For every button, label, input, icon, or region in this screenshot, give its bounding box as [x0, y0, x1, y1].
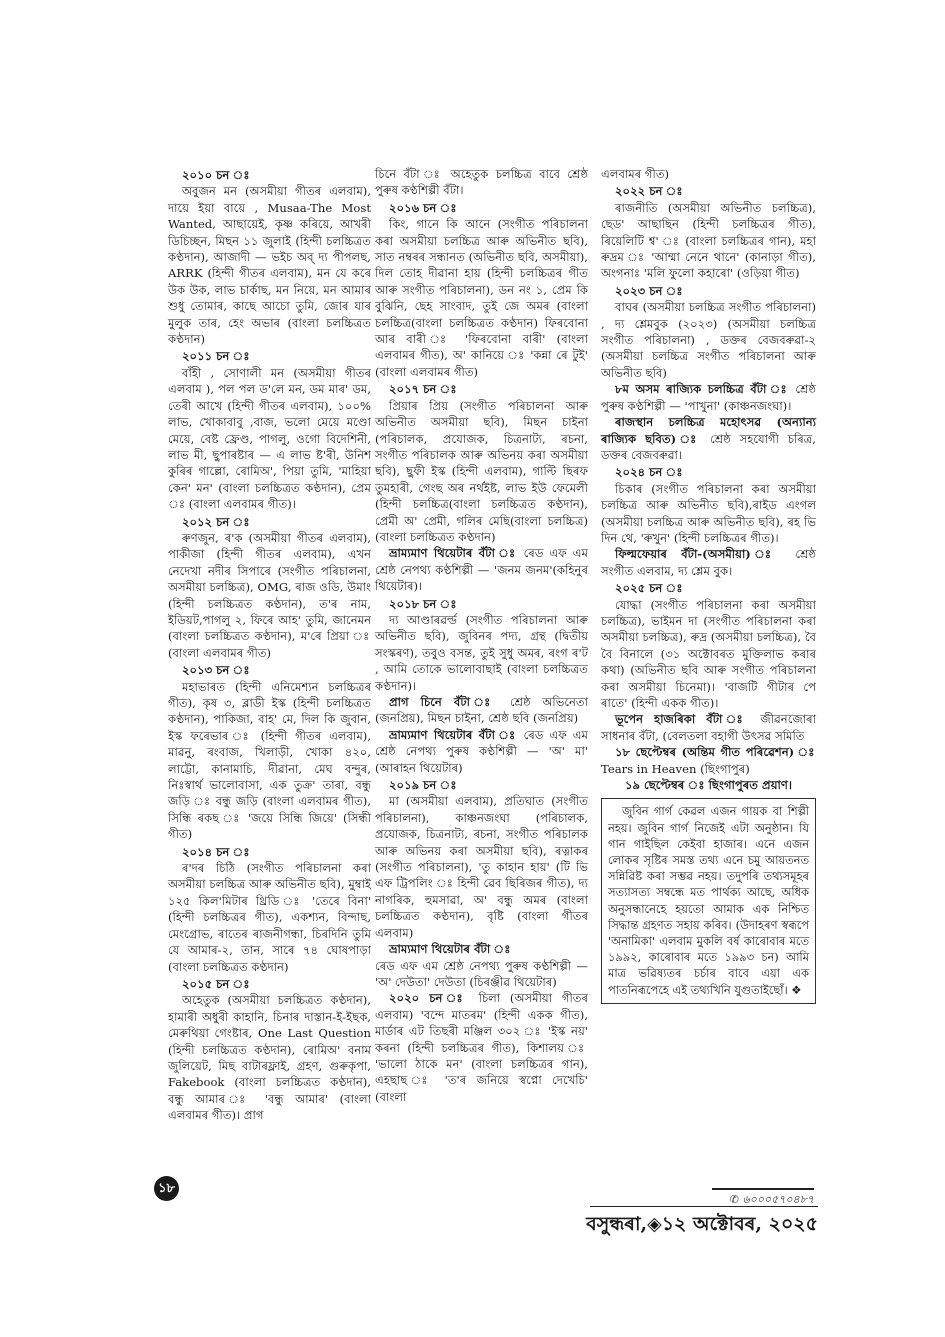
section-heading-2017: ২০১৭ চন ঃ: [375, 381, 588, 397]
award-2018-prag: প্ৰাগ চিনে বঁটা ঃ শ্ৰেষ্ঠ অভিনেতা (জনপ্ৰ…: [375, 694, 588, 727]
section-text-2010: অবুজন মন (অসমীয়া গীতৰ এলবাম), দায়ে ইয়…: [168, 183, 371, 347]
column-2: চিনে বঁটা ঃ অহেতুক চলচ্চিত্ৰ বাবে শ্ৰেষ্…: [375, 166, 588, 1105]
section-text-2024: চিকাৰ (সংগীত পৰিচালনা কৰা অসমীয়া চলচ্চি…: [601, 481, 816, 547]
section-heading-2024: ২০২৪ চন ঃ: [601, 464, 816, 480]
section-text-2016: কিং, গানে কি আনে (সংগীত পৰিচালনা কৰা অসম…: [375, 216, 588, 380]
award-text: Tears in Heaven (ছিংগাপুৰ): [601, 762, 750, 776]
section-heading-2011: ২০১১ চন ঃ: [168, 348, 371, 364]
award-label: ফিল্মফেয়াৰ বঁটা-(অসমীয়া) ঃ: [615, 547, 781, 561]
section-heading-2022: ২০২২ চন ঃ: [601, 183, 816, 199]
award-label: ভ্ৰাম্যমাণ থিয়েটাৰ বঁটা ঃ: [389, 942, 510, 956]
award-2024-filmfare: ফিল্মফেয়াৰ বঁটা-(অসমীয়া) ঃ শ্ৰেষ্ঠ সংগ…: [601, 546, 816, 579]
page-number-badge: ১৮: [154, 1176, 179, 1201]
section-text-2012: ৰুণজুন, ৰ'ক (অসমীয়া গীতৰ এলবাম), পাকীজা…: [168, 530, 371, 661]
award-2023-rajasthan: ৰাজস্থান চলচ্চিত্ৰ মহোৎসৱ (অন্যান্য ৰাজ্…: [601, 414, 816, 463]
section-text-2019: মা (অসমীয়া এলবাম), প্ৰতিঘাত (সংগীত পৰিচ…: [375, 793, 588, 941]
column-1: ২০১০ চন ঃ অবুজন মন (অসমীয়া গীতৰ এলবাম),…: [168, 166, 371, 1124]
section-text-2017: প্ৰিয়াৰ প্ৰিয় (সংগীত পৰিচালনা আৰু অভিন…: [375, 398, 588, 546]
note-text: জুবিন গাৰ্গ কেৱল এজন গায়ক বা শিল্পী নহয…: [608, 803, 809, 997]
award-text: ৰেড এফ এম শ্ৰেষ্ঠ নেপথ্য পুৰুষ কণ্ঠশিল্প…: [375, 959, 588, 989]
award-label: ভ্ৰাম্যমাণ থিয়েটাৰ বঁটা ঃ: [389, 546, 518, 560]
section-heading-2014: ২০১৪ চন ঃ: [168, 844, 371, 860]
section-heading-2020: ২০২০ চন ঃ: [389, 991, 469, 1005]
column-3: এলবামৰ গীত) ২০২২ চন ঃ ৰাজনীতি (অসমীয়া অ…: [601, 166, 816, 1004]
section-heading-2013: ২০১৩ চন ঃ: [168, 662, 371, 678]
section-text-2013: মহাভাৰত (হিন্দী এনিমেশ্যন চলচ্চিত্ৰৰ গীত…: [168, 679, 371, 843]
section-heading-2010: ২০১০ চন ঃ: [168, 167, 371, 183]
award-2025-bhupen: ভূপেন হাজৰিকা বঁটা ঃ জীৱনজোৰা সাধনাৰ বঁট…: [601, 711, 816, 744]
masthead-date: বসুন্ধৰা,◈১২ অক্টোবৰ, ২০২৫: [583, 1210, 818, 1242]
section-text-2018: দ্য আণ্ডাৰৱৰ্ল্ড (সংগীত পৰিচালনা আৰু অভি…: [375, 612, 588, 694]
section-2020: ২০২০ চন ঃ চিলা (অসমীয়া গীতৰ এলবাম) 'বন্…: [375, 990, 588, 1105]
section-heading-2025: ২০২৫ চন ঃ: [601, 580, 816, 596]
award-2018-theatre: ভ্ৰাম্যমাণ থিয়েটাৰ বঁটা ঃ ৰেড এফ এম শ্ৰ…: [375, 727, 588, 776]
section-text-2011: বাঁহী , সোণালী মন (অসমীয়া গীতৰ এলবাম ),…: [168, 365, 371, 513]
section-heading-2023: ২০২৩ চন ঃ: [601, 283, 816, 299]
section-text-2014: ৰ'দৰ চিঠি (সংগীত পৰিচালনা কৰা অসমীয়া চল…: [168, 860, 371, 975]
award-2023-state: ৮ম অসম ৰাজ্যিক চলচ্চিত্ৰ বঁটা ঃ শ্ৰেষ্ঠ …: [601, 381, 816, 414]
award-label: প্ৰাগ চিনে বঁটা ঃ: [389, 695, 498, 709]
section-heading-2012: ২০১২ চন ঃ: [168, 514, 371, 530]
section-heading-2015: ২০১৫ চন ঃ: [168, 976, 371, 992]
contact-phone: ✆ ৬০০০৫৭০৪৮৭: [712, 1191, 814, 1210]
column-2-intro: চিনে বঁটা ঃ অহেতুক চলচ্চিত্ৰ বাবে শ্ৰেষ্…: [375, 166, 588, 199]
award-label: ভ্ৰাম্যমাণ থিয়েটাৰ বঁটা ঃ: [389, 728, 518, 742]
award-label: ১৮ ছেপ্টেম্বৰ (অন্তিম গীত পৰিৱেশন) ঃ: [615, 745, 816, 759]
final-line: ১৯ ছেপ্টেম্বৰ ঃ ছিংগাপুৰত প্ৰয়াণ।: [601, 777, 816, 793]
note-box: জুবিন গাৰ্গ কেৱল এজন গায়ক বা শিল্পী নহয…: [601, 798, 816, 1003]
column-3-intro: এলবামৰ গীত): [601, 166, 816, 182]
section-heading-2019: ২০১৯ চন ঃ: [375, 777, 588, 793]
section-text-2015: অহেতুক (অসমীয়া চলচ্চিত্ৰত কণ্ঠদান), হাম…: [168, 992, 371, 1123]
section-text-2025: যোদ্ধা (সংগীত পৰিচালনা কৰা অসমীয়া চলচ্চ…: [601, 597, 816, 712]
award-label: ৮ম অসম ৰাজ্যিক চলচ্চিত্ৰ বঁটা ঃ: [615, 382, 789, 396]
section-heading-2018: ২০১৮ চন ঃ: [375, 596, 588, 612]
section-text-2023: বাঘৰ (অসমীয়া চলচ্চিত্ৰ সংগীত পৰিচালনা) …: [601, 299, 816, 381]
award-label: ভূপেন হাজৰিকা বঁটা ঃ: [615, 712, 750, 726]
section-heading-2016: ২০১৬ চন ঃ: [375, 200, 588, 216]
phone-divider: [712, 1188, 814, 1190]
award-2017: ভ্ৰাম্যমাণ থিয়েটাৰ বঁটা ঃ ৰেড এফ এম শ্ৰ…: [375, 545, 588, 594]
section-text-2020: চিলা (অসমীয়া গীতৰ এলবাম) 'বন্দে মাতৰম' …: [375, 991, 588, 1103]
section-text-2022: ৰাজনীতি (অসমীয়া অভিনীত চলচ্চিত্ৰ), ছেড'…: [601, 200, 816, 282]
award-2025-final-performance: ১৮ ছেপ্টেম্বৰ (অন্তিম গীত পৰিৱেশন) ঃ Tea…: [601, 744, 816, 777]
award-2019: ভ্ৰাম্যমাণ থিয়েটাৰ বঁটা ঃৰেড এফ এম শ্ৰে…: [375, 941, 588, 990]
footer-divider: [590, 1206, 818, 1207]
